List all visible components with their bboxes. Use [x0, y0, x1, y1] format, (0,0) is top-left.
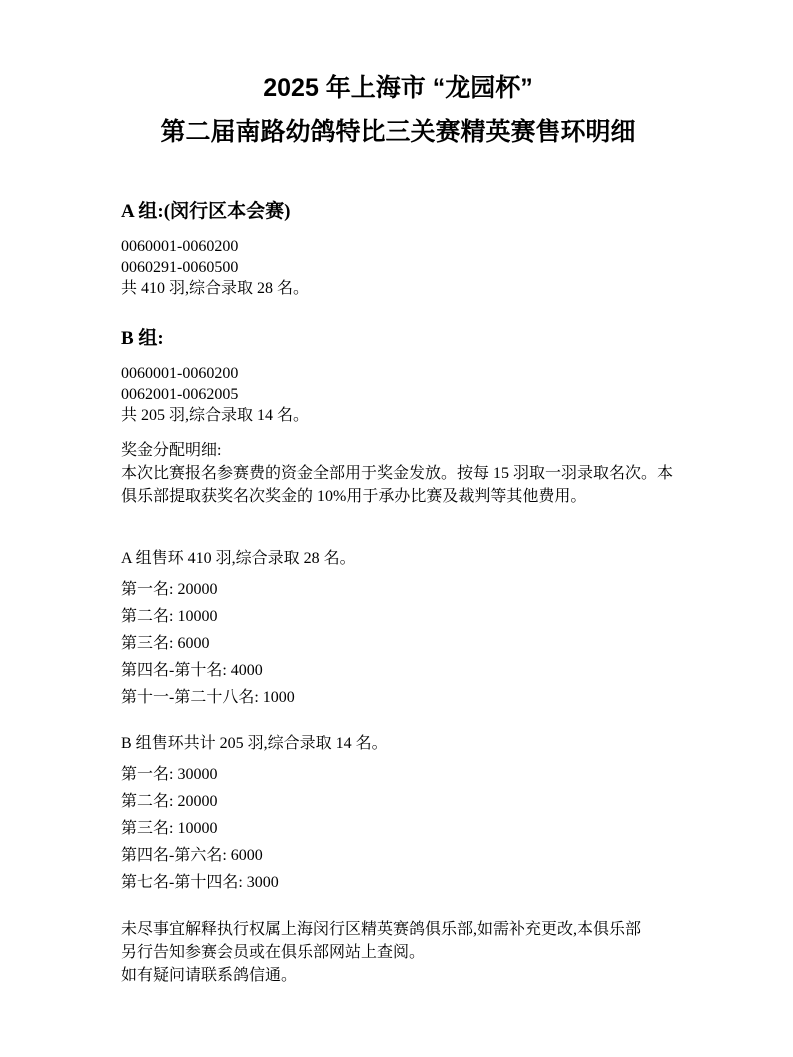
group-a-prize-list-section: A 组售环 410 羽,综合录取 28 名。 第一名: 20000 第二名: 1…: [121, 548, 675, 711]
closing-note-line-2: 另行告知参赛会员或在俱乐部网站上查阅。: [121, 941, 675, 964]
group-b-prize-rank-4-6: 第四名-第六名: 6000: [121, 842, 675, 869]
document-title: 2025 年上海市 “龙园杯” 第二届南路幼鸽特比三关赛精英赛售环明细: [121, 66, 675, 154]
group-a-summary: 共 410 羽,综合录取 28 名。: [121, 278, 675, 299]
group-b-prize-rank-1: 第一名: 30000: [121, 761, 675, 788]
group-a-prize-heading: A 组售环 410 羽,综合录取 28 名。: [121, 548, 675, 570]
group-a-ring-range-1: 0060001-0060200: [121, 236, 675, 257]
prize-distribution-heading: 奖金分配明细:: [121, 440, 675, 462]
group-b-prize-rank-3: 第三名: 10000: [121, 815, 675, 842]
group-a-prize-rank-2: 第二名: 10000: [121, 603, 675, 630]
title-line-2: 第二届南路幼鸽特比三关赛精英赛售环明细: [121, 110, 675, 154]
group-a-prize-rank-4-10: 第四名-第十名: 4000: [121, 657, 675, 684]
group-b-ring-range-2: 0062001-0062005: [121, 384, 675, 405]
title-line-1: 2025 年上海市 “龙园杯”: [121, 66, 675, 110]
group-a-prize-list: 第一名: 20000 第二名: 10000 第三名: 6000 第四名-第十名:…: [121, 576, 675, 711]
group-a-prize-rank-11-28: 第十一-第二十八名: 1000: [121, 684, 675, 711]
prize-distribution-line-1: 本次比赛报名参赛费的资金全部用于奖金发放。按每 15 羽取一羽录取名次。本: [121, 462, 675, 485]
group-a-prize-rank-3: 第三名: 6000: [121, 630, 675, 657]
group-a-section: A 组:(闵行区本会赛) 0060001-0060200 0060291-006…: [121, 198, 675, 299]
group-a-ring-range-2: 0060291-0060500: [121, 257, 675, 278]
group-b-prize-rank-2: 第二名: 20000: [121, 788, 675, 815]
group-b-prize-heading: B 组售环共计 205 羽,综合录取 14 名。: [121, 733, 675, 755]
document-page: 2025 年上海市 “龙园杯” 第二届南路幼鸽特比三关赛精英赛售环明细 A 组:…: [0, 0, 793, 1057]
group-b-prize-list: 第一名: 30000 第二名: 20000 第三名: 10000 第四名-第六名…: [121, 761, 675, 896]
group-a-prize-rank-1: 第一名: 20000: [121, 576, 675, 603]
group-b-summary: 共 205 羽,综合录取 14 名。: [121, 405, 675, 426]
group-b-prize-rank-7-14: 第七名-第十四名: 3000: [121, 869, 675, 896]
group-a-details: 0060001-0060200 0060291-0060500 共 410 羽,…: [121, 236, 675, 299]
closing-notes-section: 未尽事宜解释执行权属上海闵行区精英赛鸽俱乐部,如需补充更改,本俱乐部 另行告知参…: [121, 918, 675, 987]
group-b-section: B 组: 0060001-0060200 0062001-0062005 共 2…: [121, 325, 675, 426]
group-b-details: 0060001-0060200 0062001-0062005 共 205 羽,…: [121, 363, 675, 426]
closing-note-line-3: 如有疑问请联系鸽信通。: [121, 964, 675, 987]
group-a-heading: A 组:(闵行区本会赛): [121, 198, 675, 226]
prize-distribution-note: 奖金分配明细: 本次比赛报名参赛费的资金全部用于奖金发放。按每 15 羽取一羽录…: [121, 440, 675, 508]
prize-distribution-line-2: 俱乐部提取获奖名次奖金的 10%用于承办比赛及裁判等其他费用。: [121, 485, 675, 508]
closing-note-line-1: 未尽事宜解释执行权属上海闵行区精英赛鸽俱乐部,如需补充更改,本俱乐部: [121, 918, 675, 941]
group-b-ring-range-1: 0060001-0060200: [121, 363, 675, 384]
group-b-prize-list-section: B 组售环共计 205 羽,综合录取 14 名。 第一名: 30000 第二名:…: [121, 733, 675, 896]
group-b-heading: B 组:: [121, 325, 675, 353]
